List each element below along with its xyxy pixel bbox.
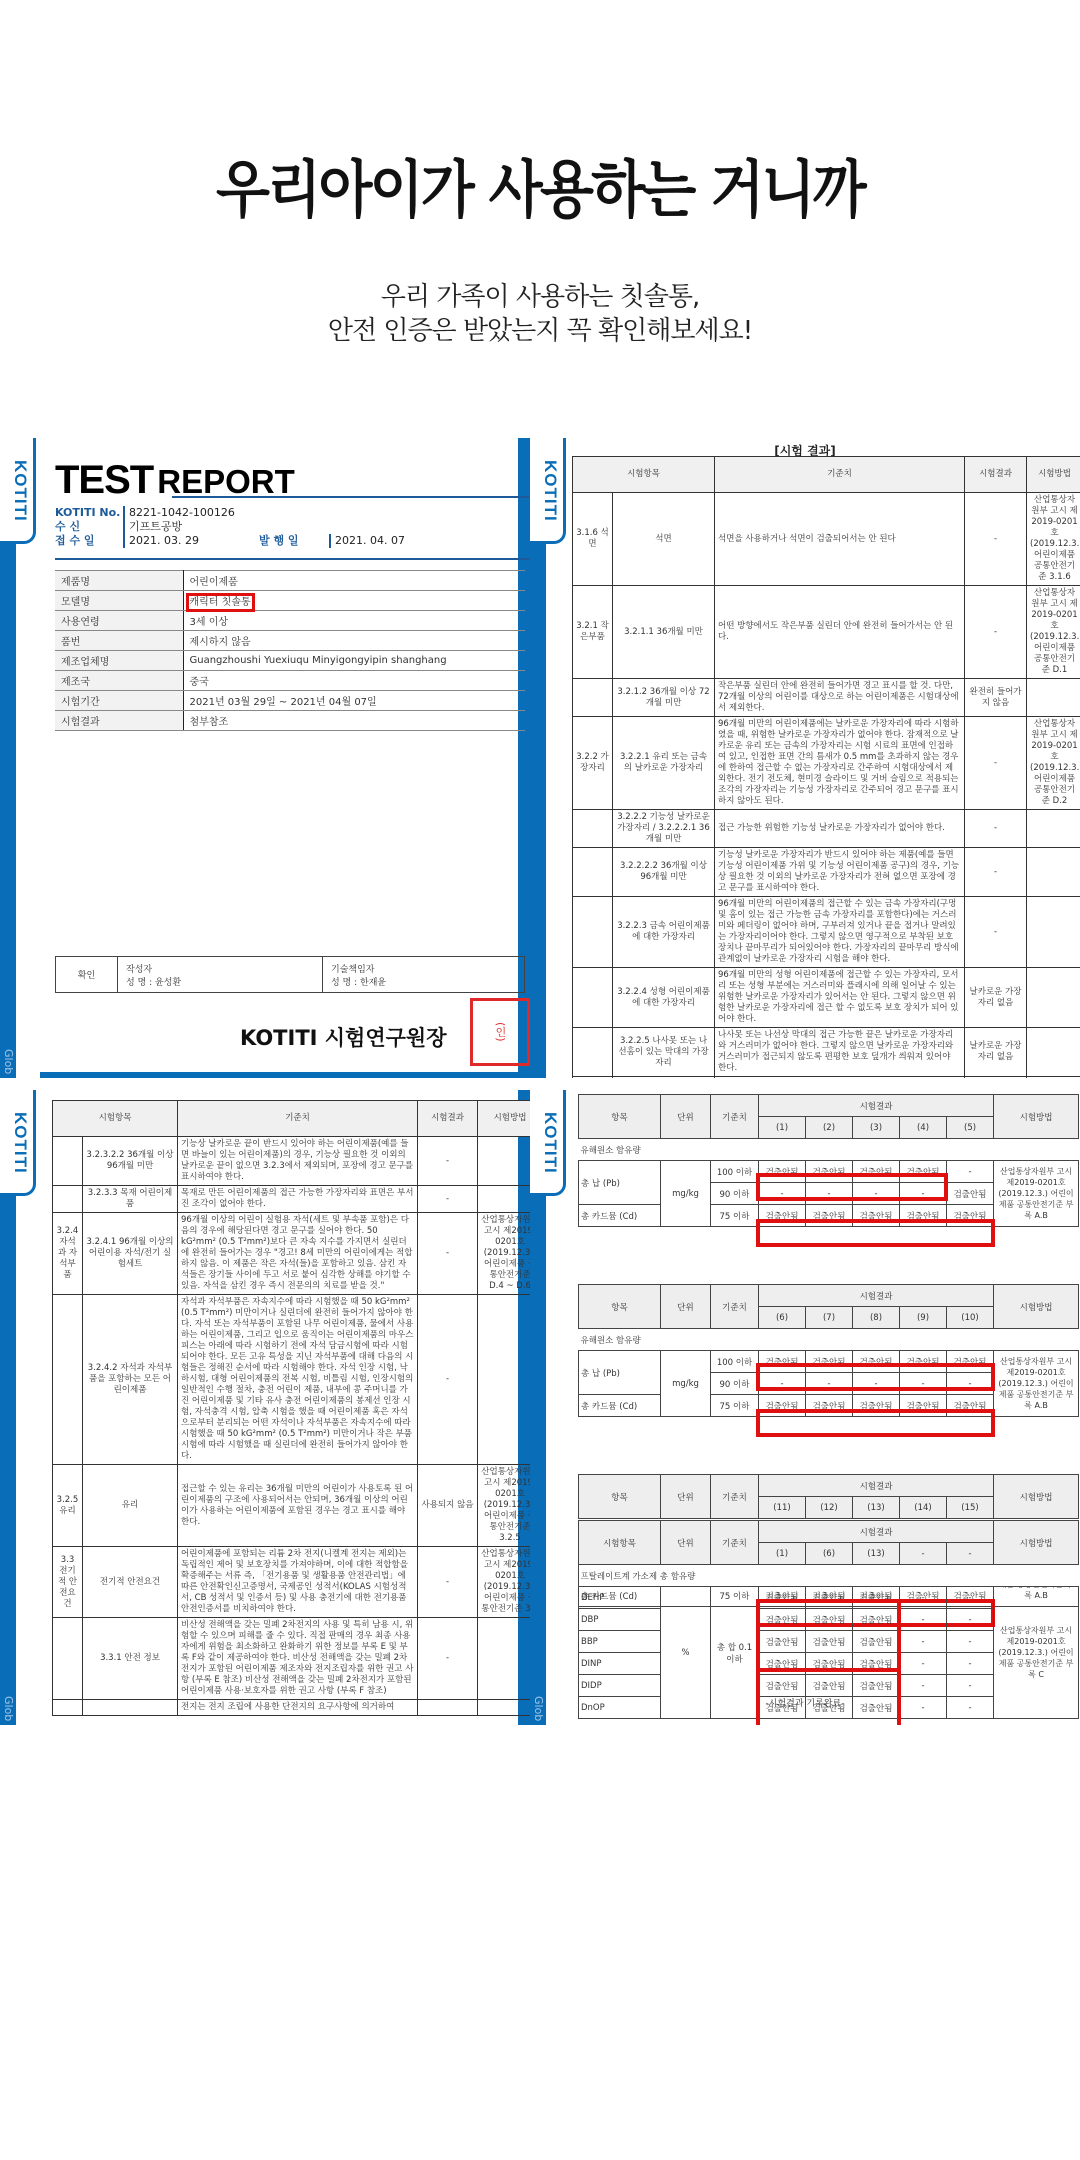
result-value: 검출안됨 — [759, 1205, 806, 1227]
result-value: - — [947, 1609, 994, 1631]
result-value: - — [947, 1631, 994, 1653]
item-cell — [83, 1700, 178, 1716]
hm-header-results: 시험결과 — [759, 1475, 994, 1497]
header-row: 시험항목기준치시험결과시험방법 — [573, 457, 1080, 493]
group-cell: 3.1.6 석면 — [573, 493, 613, 586]
result-cell: - — [418, 1137, 478, 1186]
group-cell: 3.2.1 작은부품 — [573, 586, 613, 679]
info-row: 제조국중국 — [55, 671, 525, 691]
criteria-cell: 어린이제품에 포함되는 리튬 2차 전지(니켈계 전지는 제외)는 독립적인 제… — [178, 1547, 418, 1618]
result-row: 3.2.2.2.2 36개월 이상 96개월 미만기능성 날카로운 가장자리가 … — [573, 848, 1080, 897]
result-value: - — [947, 1653, 994, 1675]
result-cell — [418, 1700, 478, 1716]
kotiti-logo: KOTITI — [10, 460, 30, 522]
info-value: 첨부참조 — [183, 711, 525, 731]
meta-label: KOTITI No. — [55, 506, 123, 520]
criteria-cell: 75 이하 — [711, 1395, 759, 1417]
result-value: 검출안됨 — [900, 1351, 947, 1373]
result-row: 3.2.5 유리유리접근할 수 있는 유리는 36개월 미만의 어린이가 사용토… — [53, 1465, 531, 1547]
result-value: 검출안됨 — [947, 1183, 994, 1205]
item-cell: 3.3.1 안전 정보 — [83, 1618, 178, 1700]
result-value: 검출안됨 — [806, 1161, 853, 1183]
hm-row: 총 납 (Pb)mg/kg100 이하검출안됨검출안됨검출안됨검출안됨검출안됨산… — [579, 1351, 1079, 1373]
sample-number: (13) — [853, 1497, 900, 1519]
criteria-cell: 접근 가능한 위험한 기능성 날카로운 가장자리가 없어야 한다. — [715, 810, 965, 848]
result-value: 검출안됨 — [853, 1631, 900, 1653]
section-label: 프탈레이트계 가소제 총 함유량 — [579, 1565, 1079, 1587]
chemical-results-page: KOTITI Glob 항목단위기준치시험결과시험방법(1)(2)(3)(4)(… — [530, 1090, 1080, 1725]
product-info-table: 제품명어린이제품모델명캐릭터 칫솔통사용연령3세 이상품번제시하지 않음제조업체… — [55, 570, 525, 731]
result-value: 검출안됨 — [900, 1395, 947, 1417]
result-value: 검출안됨 — [853, 1205, 900, 1227]
method-cell: 산업통상자원부 고시 제2019-0201호 (2019.12.3.) 어린이제… — [1027, 717, 1080, 810]
header-criteria: 기준치 — [178, 1101, 418, 1137]
result-value: 검출안됨 — [853, 1653, 900, 1675]
sample-number: (9) — [900, 1307, 947, 1329]
header-criteria: 기준치 — [715, 457, 965, 493]
section-label: 유해원소 함유량 — [579, 1329, 1079, 1351]
result-value: - — [900, 1631, 947, 1653]
item-cell: 3.2.3.3 목재 어린이제품 — [83, 1186, 178, 1213]
info-value-text: 어린이제품 — [190, 577, 238, 588]
criteria-cell: 96 미만의 어린이제품의 접근 가능한 끝은 부록 D.3에 따라 시험했을 … — [715, 1077, 965, 1079]
info-label: 시험기간 — [55, 691, 183, 711]
group-cell — [53, 1700, 83, 1716]
sample-number: (7) — [806, 1307, 853, 1329]
tech-name: 성 명 : 한재윤 — [331, 975, 516, 988]
header-method: 시험방법 — [478, 1101, 530, 1137]
headline: 우리아이가 사용하는 거니까 — [54, 140, 1026, 229]
phthalate-name: DEHP — [579, 1587, 661, 1609]
results-page-1: KOTITI [시험 결과] 시험항목기준치시험결과시험방법3.1.6 석면석면… — [530, 438, 1080, 1078]
criteria-cell: 나사못 또는 나선상 막대의 접근 가능한 끝은 날카로운 가장자리와 거스러미… — [715, 1028, 965, 1077]
phthalate-name: BBP — [579, 1631, 661, 1653]
info-value-text: Guangzhoushi Yuexiuqu Minyigongyipin sha… — [190, 655, 447, 666]
result-value: 검출안됨 — [759, 1631, 806, 1653]
result-row: 3.2.1 작은부품3.2.1.1 36개월 미만어떤 방향에서도 작은부품 실… — [573, 586, 1080, 679]
group-cell: 3.2.4 자석과 자석부품 — [53, 1213, 83, 1295]
hm-header-unit: 단위 — [661, 1475, 711, 1519]
result-value: 검출안됨 — [759, 1351, 806, 1373]
result-value: 검출안됨 — [759, 1161, 806, 1183]
section-label: 유해원소 함유량 — [579, 1139, 1079, 1161]
method-cell — [1027, 810, 1080, 848]
result-value: - — [947, 1161, 994, 1183]
info-value: 중국 — [183, 671, 525, 691]
result-cell: - — [965, 586, 1027, 679]
header-result: 시험결과 — [965, 457, 1027, 493]
header-row: 항목단위기준치시험결과시험방법 — [579, 1285, 1079, 1307]
info-label: 제품명 — [55, 571, 183, 591]
result-cell: - — [418, 1547, 478, 1618]
item-cell: 유리 — [83, 1465, 178, 1547]
criteria-cell: 75 이하 — [711, 1205, 759, 1227]
result-value: 검출안됨 — [947, 1205, 994, 1227]
info-label: 품번 — [55, 631, 183, 651]
item-cell: 3.2.2.5 나사못 또는 나선홈이 있는 막대의 가장자리 — [613, 1028, 715, 1077]
info-value-text: 첨부참조 — [190, 717, 229, 728]
info-label: 시험결과 — [55, 711, 183, 731]
result-row: 3.2.3 날카3.2.3.1 접근 가능한 날카로운 끝96 미만의 어린이제… — [573, 1077, 1080, 1079]
result-row: 3.1.6 석면석면석면을 사용하거나 석면이 검출되어서는 안 된다-산업통상… — [573, 493, 1080, 586]
result-value: 검출안됨 — [853, 1395, 900, 1417]
header-result: 시험결과 — [418, 1101, 478, 1137]
info-value: 3세 이상 — [183, 611, 525, 631]
sample-number: (10) — [947, 1307, 994, 1329]
result-value: - — [947, 1675, 994, 1697]
brand-band — [0, 438, 16, 1078]
method-cell — [478, 1295, 530, 1465]
result-row: 3.2.4 자석과 자석부품3.2.4.1 96개월 이상의 어린이용 자석/전… — [53, 1213, 531, 1295]
section-row: 프탈레이트계 가소제 총 함유량 — [579, 1565, 1079, 1587]
info-label: 제조국 — [55, 671, 183, 691]
item-cell: 3.2.1.1 36개월 미만 — [613, 586, 715, 679]
subline: 우리 가족이 사용하는 칫솔통, 안전 인증은 받았는지 꼭 확인해보세요! — [0, 280, 1080, 348]
brand-band — [530, 1090, 546, 1725]
footer-strip — [40, 1072, 530, 1078]
phthalate-row: DEHP%총 합 0.1 이하검출안됨검출안됨검출안됨--산업통상자원부 고시 … — [579, 1587, 1079, 1609]
criteria-cell: 96개월 미만의 성형 어린이제품에 접근할 수 있는 가장자리, 모서리 또는… — [715, 968, 965, 1028]
method-cell: 산업통상자원부 고시 제2019-0201호 — [1027, 1077, 1080, 1079]
result-value: 검출안됨 — [806, 1675, 853, 1697]
result-value: 검출안됨 — [947, 1351, 994, 1373]
result-cell: - — [418, 1186, 478, 1213]
sample-number: (8) — [853, 1307, 900, 1329]
meta-value: 2021. 03. 29 — [123, 534, 199, 548]
group-cell — [53, 1137, 83, 1186]
result-value: 검출안됨 — [900, 1205, 947, 1227]
sample-number: (15) — [947, 1497, 994, 1519]
result-value: - — [900, 1653, 947, 1675]
result-value: 검출안됨 — [853, 1609, 900, 1631]
item-cell: 3.2.2.2.2 36개월 이상 96개월 미만 — [613, 848, 715, 897]
heavy-metal-table: 항목단위기준치시험결과시험방법(1)(2)(3)(4)(5)유해원소 함유량총 … — [578, 1094, 1079, 1227]
issued-value: 2021. 04. 07 — [329, 534, 405, 548]
item-cell: 3.2.4.1 96개월 이상의 어린이용 자석/전기 실험세트 — [83, 1213, 178, 1295]
sample-number: (12) — [806, 1497, 853, 1519]
hm-header-criteria: 기준치 — [711, 1285, 759, 1329]
side-caption: Glob — [2, 1696, 15, 1721]
report-meta: KOTITI No.8221-1042-100126 수 신기프트공방 접 수 … — [55, 506, 405, 548]
sample-number: (1) — [759, 1543, 806, 1565]
item-cell: 3.2.2.4 성형 어린이제품에 대한 가장자리 — [613, 968, 715, 1028]
result-cell: - — [965, 717, 1027, 810]
hm-header-unit: 단위 — [661, 1095, 711, 1139]
info-row: 시험기간2021년 03월 29일 ~ 2021년 04월 07일 — [55, 691, 525, 711]
hm-header-criteria: 기준치 — [711, 1475, 759, 1519]
result-value: 검출안됨 — [947, 1395, 994, 1417]
model-name-highlight: 캐릭터 칫솔통 — [190, 597, 251, 608]
side-caption: Glob — [2, 1049, 15, 1074]
result-row: 3.2.3.3 목재 어린이제품목재로 만든 어린이제품의 접근 가능한 가장자… — [53, 1186, 531, 1213]
meta-value: 기프트공방 — [123, 520, 182, 534]
result-cell: - — [965, 848, 1027, 897]
result-cell: 날카로운 끝 없음 — [965, 1077, 1027, 1079]
result-value: 검출안됨 — [806, 1653, 853, 1675]
sample-number: (4) — [900, 1117, 947, 1139]
criteria-cell: 96개월 미만의 어린이제품에는 날카로운 가장자리에 따라 시험하였을 때, … — [715, 717, 965, 810]
method-cell: 산업통상자원부 고시 제2019-0201호 (2019.12.3.) 어린이제… — [994, 1161, 1079, 1227]
method-cell — [1027, 679, 1080, 717]
brand-band — [0, 1090, 16, 1725]
criteria-cell: 접근할 수 있는 유리는 36개월 미만의 어린이가 사용토록 된 어린이제품의… — [178, 1465, 418, 1547]
result-value: 검출안됨 — [759, 1675, 806, 1697]
kotiti-logo: KOTITI — [10, 1112, 30, 1174]
item-cell: 석면 — [613, 493, 715, 586]
meta-label: 수 신 — [55, 520, 123, 534]
info-value-text: 3세 이상 — [190, 617, 229, 628]
group-cell — [53, 1618, 83, 1700]
method-cell: 산업통상자원부 고시 제2019-0201호 (2019.12.3.) 어린이제… — [478, 1547, 530, 1618]
group-cell — [573, 679, 613, 717]
info-value: 캐릭터 칫솔통 — [183, 591, 525, 611]
item-cell: 3.2.2.1 유리 또는 금속의 날카로운 가장자리 — [613, 717, 715, 810]
info-value: 2021년 03월 29일 ~ 2021년 04월 07일 — [183, 691, 525, 711]
unit-cell: mg/kg — [661, 1351, 711, 1417]
sample-number: - — [900, 1543, 947, 1565]
confirm-label: 확인 — [56, 957, 118, 993]
result-value: 검출안됨 — [853, 1351, 900, 1373]
hm-header-criteria: 기준치 — [711, 1095, 759, 1139]
result-value: 검출안됨 — [759, 1609, 806, 1631]
item-cell: 3.2.1.2 36개월 이상 72개월 미만 — [613, 679, 715, 717]
writer-cell: 작성자성 명 : 윤성환 — [118, 957, 323, 993]
method-cell — [1027, 968, 1080, 1028]
result-value: 검출안됨 — [806, 1631, 853, 1653]
header-row: 시험항목기준치시험결과시험방법 — [53, 1101, 531, 1137]
criteria-cell: 90 이하 — [711, 1183, 759, 1205]
subline-1: 우리 가족이 사용하는 칫솔통, — [0, 280, 1080, 314]
ph-header-unit: 단위 — [661, 1521, 711, 1565]
result-cell: - — [418, 1213, 478, 1295]
title-test: TEST — [55, 458, 153, 502]
sample-number: (14) — [900, 1497, 947, 1519]
method-cell: 산업통상자원부 고시 제2019-0201호 (2019.12.3.) 어린이제… — [478, 1213, 530, 1295]
group-cell — [573, 810, 613, 848]
test-report-cover: KOTITI Glob TESTREPORT KOTITI No.8221-10… — [0, 438, 530, 1078]
item-cell: 3.2.4.2 자석과 자석부품을 포함하는 모든 어린이제품 — [83, 1295, 178, 1465]
result-cell: 날카로운 가장자리 없음 — [965, 968, 1027, 1028]
group-cell: 3.3 전기적 안전요건 — [53, 1547, 83, 1618]
result-value: 검출안됨 — [806, 1395, 853, 1417]
result-value: - — [806, 1373, 853, 1395]
results-table-1: 시험항목기준치시험결과시험방법3.1.6 석면석면석면을 사용하거나 석면이 검… — [572, 456, 1080, 1078]
result-row: 3.2.4.2 자석과 자석부품을 포함하는 모든 어린이제품자석과 자석부품은… — [53, 1295, 531, 1465]
result-value: 검출안됨 — [806, 1609, 853, 1631]
element-name: 총 납 (Pb) — [579, 1161, 661, 1205]
phthalate-table: 시험항목단위기준치시험결과시험방법(1)(6)(13)--프탈레이트계 가소제 … — [578, 1520, 1079, 1719]
result-value: - — [947, 1587, 994, 1609]
header-test-item: 시험항목 — [573, 457, 715, 493]
info-value-text: 제시하지 않음 — [190, 637, 251, 648]
result-value: 검출안됨 — [900, 1161, 947, 1183]
criteria-cell: 자석과 자석부품은 자속지수에 따라 시험했을 때 50 kG²mm² (0.5… — [178, 1295, 418, 1465]
meta-divider — [55, 558, 530, 560]
result-cell: - — [965, 493, 1027, 586]
result-value: - — [759, 1183, 806, 1205]
item-cell: 3.2.2.3 금속 어린이제품에 대한 가장자리 — [613, 897, 715, 968]
hm-header-method: 시험방법 — [994, 1095, 1079, 1139]
method-cell — [1027, 1028, 1080, 1077]
phthalate-name: DINP — [579, 1653, 661, 1675]
unit-cell: mg/kg — [661, 1161, 711, 1227]
hm-header-results: 시험결과 — [759, 1285, 994, 1307]
result-row: 3.3.1 안전 정보비산성 전해액을 갖는 밀폐 2차전지의 사용 및 특히 … — [53, 1618, 531, 1700]
criteria-cell: 비산성 전해액을 갖는 밀폐 2차전지의 사용 및 특히 남용 시, 위험할 수… — [178, 1618, 418, 1700]
criteria-cell: 96개월 이상의 어린이 실험용 자석(세트 및 부속품 포함)은 다음의 경우… — [178, 1213, 418, 1295]
results-page-2: KOTITI Glob 시험항목기준치시험결과시험방법3.2.3.2.2 36개… — [0, 1090, 530, 1725]
result-cell: 날카로운 가장자리 없음 — [965, 1028, 1027, 1077]
group-cell — [573, 1028, 613, 1077]
ph-header-item: 시험항목 — [579, 1521, 661, 1565]
result-row: 3.2.2.3 금속 어린이제품에 대한 가장자리96개월 미만의 어린이제품의… — [573, 897, 1080, 968]
hm-header-method: 시험방법 — [994, 1285, 1079, 1329]
official-seal-icon: (인) — [470, 998, 530, 1066]
hm-header-item: 항목 — [579, 1095, 661, 1139]
signature-table: 확인 작성자성 명 : 윤성환 기술책임자성 명 : 한재윤 — [55, 956, 525, 993]
result-value: 검출안됨 — [853, 1161, 900, 1183]
meta-value: 8221-1042-100126 — [123, 506, 235, 520]
tech-cell: 기술책임자성 명 : 한재윤 — [323, 957, 525, 993]
method-cell: 산업통상자원부 고시 제2019-0201호 (2019.12.3.) 어린이제… — [1027, 586, 1080, 679]
ph-header-method: 시험방법 — [994, 1521, 1079, 1565]
element-name: 총 납 (Pb) — [579, 1351, 661, 1395]
info-value: 제시하지 않음 — [183, 631, 525, 651]
result-cell: - — [418, 1618, 478, 1700]
director-title: KOTITI 시험연구원장 — [240, 1022, 447, 1052]
phthalate-name: DIDP — [579, 1675, 661, 1697]
method-cell — [478, 1618, 530, 1700]
result-cell: - — [965, 810, 1027, 848]
method-cell — [478, 1700, 530, 1716]
result-value: - — [806, 1183, 853, 1205]
result-row: 3.2.2.5 나사못 또는 나선홈이 있는 막대의 가장자리나사못 또는 나선… — [573, 1028, 1080, 1077]
result-value: 검출안됨 — [759, 1395, 806, 1417]
writer-label: 작성자 — [126, 962, 314, 975]
header-row: 항목단위기준치시험결과시험방법 — [579, 1095, 1079, 1117]
group-cell: 3.2.2 가장자리 — [573, 717, 613, 810]
info-value-text: 중국 — [190, 677, 209, 688]
section-row: 유해원소 함유량 — [579, 1139, 1079, 1161]
section-row: 유해원소 함유량 — [579, 1329, 1079, 1351]
group-cell: 3.2.5 유리 — [53, 1465, 83, 1547]
result-value: - — [947, 1373, 994, 1395]
info-label: 모델명 — [55, 591, 183, 611]
issued-label: 발 행 일 — [259, 534, 329, 548]
group-cell — [53, 1295, 83, 1465]
info-row: 품번제시하지 않음 — [55, 631, 525, 651]
result-value: - — [900, 1373, 947, 1395]
result-cell: - — [965, 897, 1027, 968]
result-row: 3.2.2.2 기능성 날카로운 가장자리 / 3.2.2.2.1 36개월 미… — [573, 810, 1080, 848]
criteria-cell: 기능상 날카로운 끝이 반드시 있어야 하는 어린이제품(예를 들면 바늘이 있… — [178, 1137, 418, 1186]
criteria-cell: 석면을 사용하거나 석면이 검출되어서는 안 된다 — [715, 493, 965, 586]
info-value: 어린이제품 — [183, 571, 525, 591]
criteria-cell: 기능성 날카로운 가장자리가 반드시 있어야 하는 제품(예를 들면 기능성 어… — [715, 848, 965, 897]
sample-number: (11) — [759, 1497, 806, 1519]
info-row: 제품명어린이제품 — [55, 571, 525, 591]
hm-row: 총 납 (Pb)mg/kg100 이하검출안됨검출안됨검출안됨검출안됨-산업통상… — [579, 1161, 1079, 1183]
group-cell — [573, 848, 613, 897]
result-value: - — [853, 1183, 900, 1205]
result-value: - — [900, 1675, 947, 1697]
info-row: 사용연령3세 이상 — [55, 611, 525, 631]
result-value: 검출안됨 — [806, 1205, 853, 1227]
method-cell — [1027, 848, 1080, 897]
result-cell: - — [418, 1295, 478, 1465]
result-row: 3.2.1.2 36개월 이상 72개월 미만작은부품 실린더 안에 완전히 들… — [573, 679, 1080, 717]
title-report: REPORT — [157, 463, 295, 500]
sample-number: - — [947, 1543, 994, 1565]
ph-header-criteria: 기준치 — [711, 1521, 759, 1565]
subline-2: 안전 인증은 받았는지 꼭 확인해보세요! — [0, 314, 1080, 348]
writer-name: 성 명 : 윤성환 — [126, 975, 314, 988]
header-row: 시험항목단위기준치시험결과시험방법 — [579, 1521, 1079, 1543]
sample-number: (6) — [806, 1543, 853, 1565]
item-cell: 3.2.2.2 기능성 날카로운 가장자리 / 3.2.2.2.1 36개월 미… — [613, 810, 715, 848]
kotiti-logo: KOTITI — [540, 1112, 560, 1174]
hm-header-unit: 단위 — [661, 1285, 711, 1329]
info-label: 사용연령 — [55, 611, 183, 631]
criteria-cell: 100 이하 — [711, 1161, 759, 1183]
result-row: 3.2.2.4 성형 어린이제품에 대한 가장자리96개월 미만의 성형 어린이… — [573, 968, 1080, 1028]
item-cell: 전기적 안전요건 — [83, 1547, 178, 1618]
result-row: 3.2.3.2.2 36개월 이상 96개월 미만기능상 날카로운 끝이 반드시… — [53, 1137, 531, 1186]
heavy-metal-table: 항목단위기준치시험결과시험방법(6)(7)(8)(9)(10)유해원소 함유량총… — [578, 1284, 1079, 1417]
group-cell — [573, 968, 613, 1028]
result-value: - — [759, 1373, 806, 1395]
header-method: 시험방법 — [1027, 457, 1080, 493]
element-name: 총 카드뮴 (Cd) — [579, 1205, 661, 1227]
criteria-cell: 96개월 미만의 어린이제품의 접근할 수 있는 금속 가장자리(구멍 및 홈이… — [715, 897, 965, 968]
result-value: - — [900, 1587, 947, 1609]
hm-header-method: 시험방법 — [994, 1475, 1079, 1519]
result-value: 검출안됨 — [853, 1675, 900, 1697]
result-value: 검출안됨 — [853, 1587, 900, 1609]
method-cell — [478, 1137, 530, 1186]
criteria-cell: 목재로 만든 어린이제품의 접근 가능한 가장자리와 표면은 부서진 조각이 없… — [178, 1186, 418, 1213]
title-underline — [172, 496, 530, 498]
info-row: 시험결과첨부참조 — [55, 711, 525, 731]
header-row: 항목단위기준치시험결과시험방법 — [579, 1475, 1079, 1497]
header-test-item: 시험항목 — [53, 1101, 178, 1137]
result-value: - — [900, 1609, 947, 1631]
result-value: - — [853, 1373, 900, 1395]
hm-header-results: 시험결과 — [759, 1095, 994, 1117]
item-cell: 3.2.3.1 접근 가능한 날카로운 끝 — [613, 1077, 715, 1079]
criteria-cell: 작은부품 실린더 안에 완전히 들어가면 경고 표시를 할 것. 다만, 72개… — [715, 679, 965, 717]
ph-header-results: 시험결과 — [759, 1521, 994, 1543]
info-row: 모델명캐릭터 칫솔통 — [55, 591, 525, 611]
criteria-cell: 100 이하 — [711, 1351, 759, 1373]
sample-number: (2) — [806, 1117, 853, 1139]
result-row: 3.3 전기적 안전요건전기적 안전요건어린이제품에 포함되는 리튬 2차 전지… — [53, 1547, 531, 1618]
method-cell: 산업통상자원부 고시 제2019-0201호 (2019.12.3.) 어린이제… — [1027, 493, 1080, 586]
result-cell: 완전히 들어가지 않음 — [965, 679, 1027, 717]
info-row: 제조업체명Guangzhoushi Yuexiuqu Minyigongyipi… — [55, 651, 525, 671]
results-table-2: 시험항목기준치시험결과시험방법3.2.3.2.2 36개월 이상 96개월 미만… — [52, 1100, 530, 1716]
info-label: 제조업체명 — [55, 651, 183, 671]
element-name: 총 카드뮴 (Cd) — [579, 1395, 661, 1417]
info-value: Guangzhoushi Yuexiuqu Minyigongyipin sha… — [183, 651, 525, 671]
criteria-cell: 어떤 방향에서도 작은부품 실린더 안에 완전히 들어가서는 안 된다. — [715, 586, 965, 679]
hm-header-item: 항목 — [579, 1475, 661, 1519]
group-cell: 3.2.3 날카 — [573, 1077, 613, 1079]
item-cell: 3.2.3.2.2 36개월 이상 96개월 미만 — [83, 1137, 178, 1186]
sample-number: (5) — [947, 1117, 994, 1139]
info-value-text: 2021년 03월 29일 ~ 2021년 04월 07일 — [190, 697, 377, 708]
completion-note: -시험결과 기록완료- — [530, 1696, 1080, 1709]
